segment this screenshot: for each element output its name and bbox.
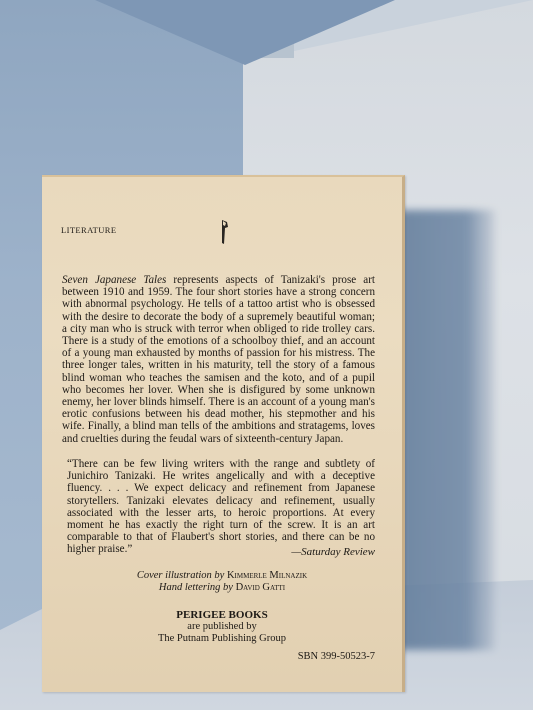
sbn-number: SBN 399-50523-7 bbox=[298, 651, 375, 662]
publisher-line-3: The Putnam Publishing Group bbox=[42, 633, 402, 645]
book-title: Seven Japanese Tales bbox=[62, 274, 166, 286]
photo-scene: LITERATURE Seven Japanese Tales represen… bbox=[0, 0, 533, 710]
category-label: LITERATURE bbox=[61, 225, 116, 235]
description-body: represents aspects of Tanizaki's prose a… bbox=[62, 274, 375, 445]
perigee-logo-icon bbox=[219, 219, 229, 245]
review-quote: “There can be few living writers with th… bbox=[67, 458, 375, 556]
credits: Cover illustration by Kimmerle Milnazik … bbox=[42, 570, 402, 594]
publisher-block: PERIGEE BOOKS are published by The Putna… bbox=[42, 609, 402, 645]
publisher-line-2: are published by bbox=[42, 621, 402, 633]
review-source: —Saturday Review bbox=[291, 546, 375, 558]
cover-illustration-credit: Cover illustration by Kimmerle Milnazik bbox=[42, 570, 402, 582]
hand-lettering-credit: Hand lettering by David Gatti bbox=[42, 582, 402, 594]
book-shadow bbox=[400, 210, 495, 650]
book-back-cover: LITERATURE Seven Japanese Tales represen… bbox=[42, 175, 405, 692]
book-description: Seven Japanese Tales represents aspects … bbox=[62, 274, 375, 445]
publisher-name: PERIGEE BOOKS bbox=[42, 609, 402, 621]
